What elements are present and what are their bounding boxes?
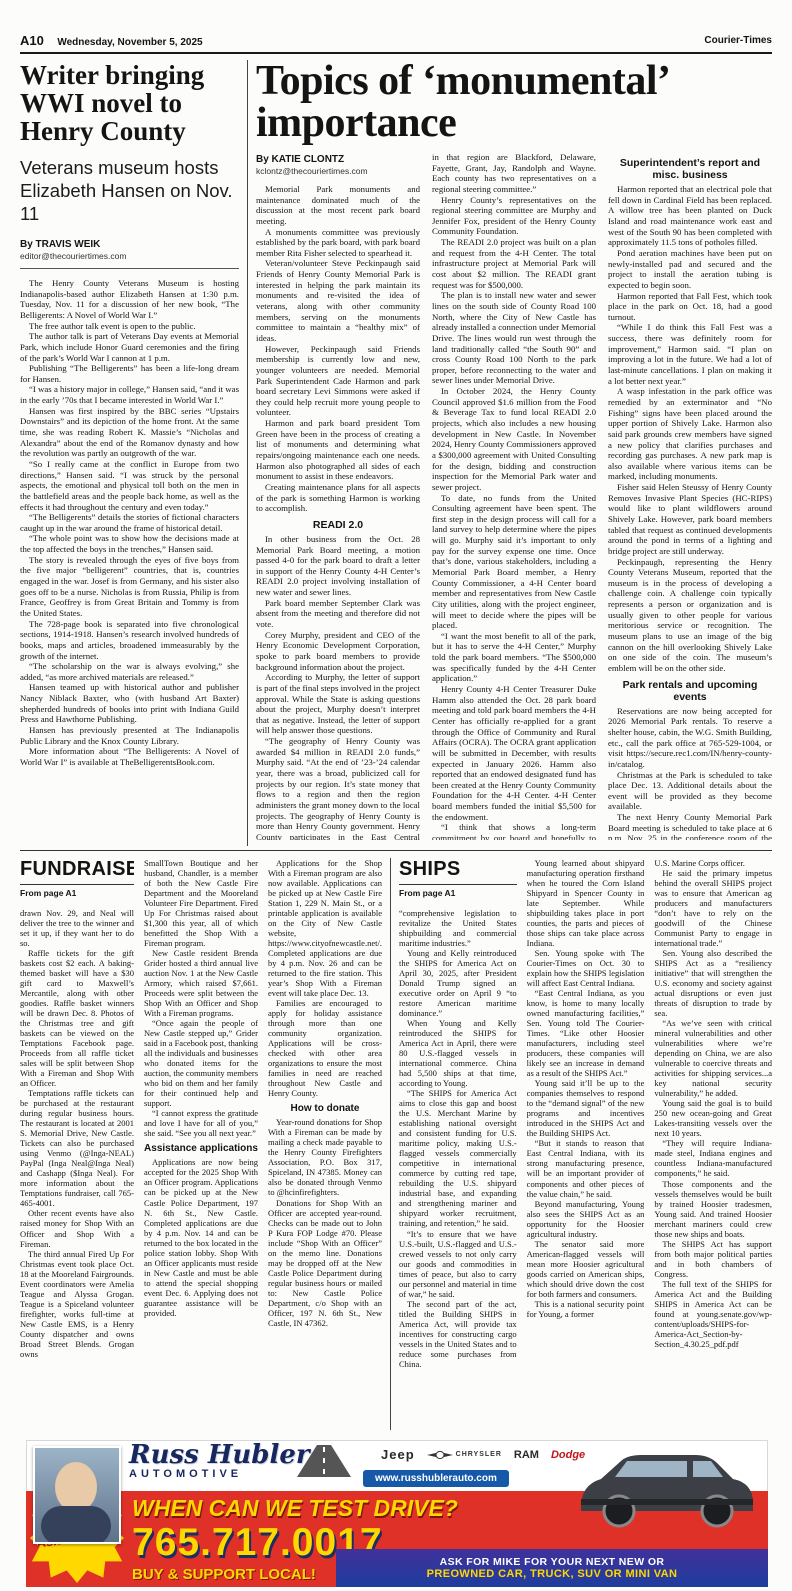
jeep-vehicle-image xyxy=(567,1445,763,1537)
article-body-left: The Henry County Veterans Museum is host… xyxy=(20,278,239,767)
body-paragraph: “Once again the people of New Castle ste… xyxy=(144,1018,258,1108)
body-paragraph: Young said it’ll be up to the companies … xyxy=(527,1078,645,1138)
main-col-1: By KATIE CLONTZ kclontz@thecouriertimes.… xyxy=(256,152,420,840)
byline-main: By KATIE CLONTZ xyxy=(256,154,420,165)
body-paragraph: “The whole point was to show how the dec… xyxy=(20,533,239,554)
body-paragraph: The free author talk event is open to th… xyxy=(20,321,239,332)
main-col-3: Superintendent’s report and misc. busine… xyxy=(608,152,772,840)
body-paragraph: In October 2024, the Henry County Counci… xyxy=(432,386,596,492)
fundraisers-col-1: FUNDRAISERS From page A1 drawn Nov. 29, … xyxy=(20,858,134,1430)
body-paragraph: The 728-page book is separated into five… xyxy=(20,619,239,662)
ships-continuation: SHIPS From page A1 “comprehensive legisl… xyxy=(399,858,772,1430)
main-col-2: in that region are Blackford, Delaware, … xyxy=(432,152,596,840)
body-paragraph: New Castle resident Brenda Grider hosted… xyxy=(144,948,258,1018)
column-subhead: READI 2.0 xyxy=(256,519,420,531)
body-paragraph: “comprehensive legislation to revitalize… xyxy=(399,908,517,948)
body-paragraph: “East Central Indiana, as you know, is h… xyxy=(527,988,645,1078)
body-paragraph: “I want the most benefit to all of the p… xyxy=(432,631,596,684)
body-paragraph: Applications for the Shop With a Fireman… xyxy=(268,858,382,998)
body-paragraph: Year-round donations for Shop With a Fir… xyxy=(268,1117,382,1197)
body-paragraph: Corey Murphy, president and CEO of the H… xyxy=(256,630,420,673)
ad-tagline: BUY & SUPPORT LOCAL! xyxy=(132,1566,316,1583)
body-paragraph: Applications are now being accepted for … xyxy=(144,1157,258,1317)
body-paragraph: “They will require Indiana-made steel, I… xyxy=(654,1138,772,1178)
body-paragraph: Henry County’s representatives on the re… xyxy=(432,195,596,238)
jump-divider xyxy=(390,858,391,1430)
fundraisers-col-2: SmallTown Boutique and her husband, Chan… xyxy=(144,858,258,1430)
body-paragraph: The READI 2.0 project was built on a pla… xyxy=(432,237,596,290)
headline-left: Writer bringing WWI novel to Henry Count… xyxy=(20,62,239,145)
body-paragraph: Families are encouraged to apply for hol… xyxy=(268,998,382,1098)
top-stories: Writer bringing WWI novel to Henry Count… xyxy=(20,60,772,846)
body-paragraph: He said the primary impetus behind the o… xyxy=(654,868,772,948)
body-paragraph: Temptations raffle tickets can be purcha… xyxy=(20,1088,134,1208)
body-paragraph: “The Belligerents” details the stories o… xyxy=(20,512,239,533)
body-paragraph: “As we’ve seen with critical mineral vul… xyxy=(654,1018,772,1098)
byline-rule xyxy=(20,268,239,269)
body-paragraph: The story is revealed through the eyes o… xyxy=(20,555,239,619)
dealer-advertisement: Russ Hubler AUTOMOTIVE Jeep CHRYSLER RAM… xyxy=(26,1440,768,1586)
body-paragraph: Reservations are now being accepted for … xyxy=(608,706,772,770)
ships-header: SHIPS From page A1 xyxy=(399,858,517,898)
body-paragraph: Young learned about shipyard manufacturi… xyxy=(527,858,645,948)
body-paragraph: The next Henry County Memorial Park Boar… xyxy=(608,812,772,840)
byline-left: By TRAVIS WEIK xyxy=(20,239,239,250)
body-paragraph: Pond aeration machines have been put on … xyxy=(608,248,772,291)
jeep-logo: Jeep xyxy=(381,1447,415,1462)
masthead: A10 Wednesday, November 5, 2025 Courier-… xyxy=(20,32,772,54)
body-paragraph: Raffle tickets for the gift baskets cost… xyxy=(20,948,134,1088)
byline-email-main: kclontz@thecouriertimes.com xyxy=(256,166,420,176)
body-paragraph: U.S. Marine Corps officer. xyxy=(654,858,772,868)
body-paragraph: Harmon reported that an electrical pole … xyxy=(608,184,772,248)
brand-logos: Jeep CHRYSLER RAM Dodge xyxy=(373,1445,593,1464)
body-paragraph: “The SHIPS for America Act aims to close… xyxy=(399,1088,517,1228)
body-paragraph: Publishing “The Belligerents” has been a… xyxy=(20,363,239,384)
body-paragraph: In other business from the Oct. 28 Memor… xyxy=(256,534,420,598)
body-paragraph: However, Peckinpaugh said Friends member… xyxy=(256,344,420,418)
body-paragraph: Park board member September Clark was ab… xyxy=(256,598,420,630)
from-page-note: From page A1 xyxy=(20,888,134,898)
body-paragraph: The third annual Fired Up For Christmas … xyxy=(20,1249,134,1359)
body-paragraph: Hansen was first inspired by the BBC ser… xyxy=(20,406,239,459)
body-paragraph: A monuments committee was previously est… xyxy=(256,227,420,259)
from-page-note: From page A1 xyxy=(399,888,517,898)
body-paragraph: The full text of the SHIPS for America A… xyxy=(654,1279,772,1349)
ships-col-3: U.S. Marine Corps officer.He said the pr… xyxy=(654,858,772,1430)
body-paragraph: The second part of the act, titled the B… xyxy=(399,1299,517,1369)
body-paragraph: Hansen teamed up with historical author … xyxy=(20,682,239,725)
ad-headline: WHEN CAN WE TEST DRIVE? xyxy=(132,1495,458,1522)
body-paragraph: “So I really came at the conflict in Eur… xyxy=(20,459,239,512)
banner-line-1: ASK FOR MIKE FOR YOUR NEXT NEW OR xyxy=(440,1556,665,1568)
body-paragraph: Hansen has previously presented at The I… xyxy=(20,725,239,746)
body-paragraph: To date, no funds from the United Consul… xyxy=(432,493,596,631)
chrysler-wing-icon: CHRYSLER xyxy=(427,1450,502,1460)
ships-col-2: Young learned about shipyard manufacturi… xyxy=(527,858,645,1430)
dealer-logo: Russ Hubler AUTOMOTIVE xyxy=(129,1442,310,1480)
body-paragraph: Young and Kelly reintroduced the SHIPS f… xyxy=(399,948,517,1018)
body-paragraph: SmallTown Boutique and her husband, Chan… xyxy=(144,858,258,948)
body-paragraph: “But it stands to reason that East Centr… xyxy=(527,1138,645,1198)
body-paragraph: The plan is to install new water and sew… xyxy=(432,290,596,386)
byline-email-left: editor@thecouriertimes.com xyxy=(20,251,239,261)
body-paragraph: “I was a history major in college,” Hans… xyxy=(20,384,239,405)
shoulders-silhouette xyxy=(41,1506,111,1544)
body-paragraph: “I think that shows a long-term commitme… xyxy=(432,822,596,840)
ram-logo: RAM xyxy=(514,1449,539,1461)
fundraisers-header: FUNDRAISERS From page A1 xyxy=(20,858,134,898)
body-paragraph: A wasp infestation in the park office wa… xyxy=(608,386,772,482)
body-paragraph: Christmas at the Park is scheduled to ta… xyxy=(608,770,772,813)
fundraisers-continuation: FUNDRAISERS From page A1 drawn Nov. 29, … xyxy=(20,858,382,1430)
ad-top-band: Russ Hubler AUTOMOTIVE Jeep CHRYSLER RAM… xyxy=(26,1440,768,1491)
article-monumental: Topics of ‘monumental’ importance By KAT… xyxy=(256,60,772,846)
publication-name: Courier-Times xyxy=(704,35,772,46)
face-silhouette xyxy=(55,1462,97,1512)
fundraisers-label: FUNDRAISERS xyxy=(20,858,134,881)
body-paragraph: The senator said more American-flagged v… xyxy=(527,1239,645,1299)
body-paragraph: Memorial Park monuments and maintenance … xyxy=(256,184,420,227)
ships-col-1: SHIPS From page A1 “comprehensive legisl… xyxy=(399,858,517,1430)
body-paragraph: Harmon reported that Fall Fest, which to… xyxy=(608,291,772,323)
body-paragraph: in that region are Blackford, Delaware, … xyxy=(432,152,596,195)
body-paragraph: “It’s to ensure that we have U.S.-built,… xyxy=(399,1229,517,1299)
body-paragraph: The SHIPS Act has support from both majo… xyxy=(654,1239,772,1279)
body-paragraph: drawn Nov. 29, and Neal will deliver the… xyxy=(20,908,134,948)
body-paragraph: “The scholarship on the war is always ev… xyxy=(20,661,239,682)
newspaper-page: A10 Wednesday, November 5, 2025 Courier-… xyxy=(0,0,792,1591)
dealer-name: Russ Hubler xyxy=(129,1442,310,1468)
body-paragraph: When Young and Kelly reintroduced the SH… xyxy=(399,1018,517,1088)
website-bar: www.russhublerauto.com xyxy=(363,1470,509,1487)
column-subhead: Park rentals and upcoming events xyxy=(608,679,772,703)
header-rule xyxy=(20,884,134,885)
body-paragraph: This is a national security point for Yo… xyxy=(527,1299,645,1319)
fundraisers-col-3: Applications for the Shop With a Fireman… xyxy=(268,858,382,1430)
body-paragraph: “The geography of Henry County was award… xyxy=(256,736,420,840)
body-paragraph: Peckinpaugh, representing the Henry Coun… xyxy=(608,557,772,674)
body-paragraph: Harmon and park board president Tom Gree… xyxy=(256,418,420,482)
body-paragraph: The Henry County Veterans Museum is host… xyxy=(20,278,239,321)
body-paragraph: Beyond manufacturing, Young also sees th… xyxy=(527,1199,645,1239)
ad-blue-banner: ASK FOR MIKE FOR YOUR NEXT NEW OR PREOWN… xyxy=(336,1549,768,1587)
body-paragraph: “While I do think this Fall Fest was a s… xyxy=(608,322,772,386)
banner-line-2: PREOWNED CAR, TRUCK, SUV OR MINI VAN xyxy=(427,1568,678,1580)
body-paragraph: “I cannot express the gratitude and love… xyxy=(144,1108,258,1138)
body-paragraph: Sen. Young spoke with The Courier-Times … xyxy=(527,948,645,988)
body-paragraph: Veteran/volunteer Steve Peckinpaugh said… xyxy=(256,258,420,343)
body-paragraph: More information about “The Belligerents… xyxy=(20,746,239,767)
body-paragraph: Those components and the vessels themsel… xyxy=(654,1179,772,1239)
body-paragraph: Donations for Shop With an Officer are a… xyxy=(268,1198,382,1328)
body-paragraph: Fisher said Helen Steussy of Henry Count… xyxy=(608,482,772,556)
header-rule xyxy=(399,884,517,885)
main-article-columns: By KATIE CLONTZ kclontz@thecouriertimes.… xyxy=(256,152,772,840)
body-paragraph: Henry County 4-H Center Treasurer Duke H… xyxy=(432,684,596,822)
body-paragraph: Sen. Young also described the SHIPS Act … xyxy=(654,948,772,1018)
page-number: A10 xyxy=(20,33,44,48)
column-divider xyxy=(247,60,248,846)
body-paragraph: The author talk is part of Veterans Day … xyxy=(20,331,239,363)
body-paragraph: According to Murphy, the letter of suppo… xyxy=(256,672,420,736)
headline-main: Topics of ‘monumental’ importance xyxy=(256,60,772,144)
body-paragraph: Young said the goal is to build 250 new … xyxy=(654,1098,772,1138)
article-wwi-novel: Writer bringing WWI novel to Henry Count… xyxy=(20,60,239,846)
section-divider-rule xyxy=(20,850,772,851)
issue-date: Wednesday, November 5, 2025 xyxy=(57,37,202,48)
column-subhead: How to donate xyxy=(268,1103,382,1114)
subhead-left: Veterans museum hosts Elizabeth Hansen o… xyxy=(20,157,239,225)
body-paragraph: Other recent events have also raised mon… xyxy=(20,1208,134,1248)
column-subhead: Assistance applications xyxy=(144,1143,258,1154)
body-paragraph: Creating maintenance plans for all aspec… xyxy=(256,482,420,514)
salesperson-photo xyxy=(33,1446,121,1544)
jump-sections: FUNDRAISERS From page A1 drawn Nov. 29, … xyxy=(20,858,772,1430)
ships-label: SHIPS xyxy=(399,858,517,881)
column-subhead: Superintendent’s report and misc. busine… xyxy=(608,157,772,181)
